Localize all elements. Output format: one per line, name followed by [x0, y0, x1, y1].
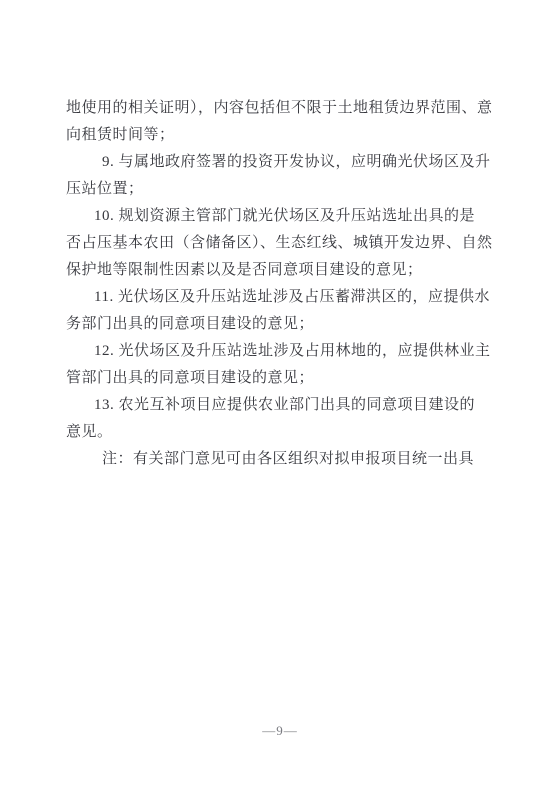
document-line-item-10: 10. 规划资源主管部门就光伏场区及升压站选址出具的是	[66, 203, 504, 230]
document-line: 地使用的相关证明），内容包括但不限于土地租赁边界范围、意	[66, 95, 504, 122]
document-text-block: 地使用的相关证明），内容包括但不限于土地租赁边界范围、意 向租赁时间等； 9. …	[66, 95, 504, 473]
document-page: 地使用的相关证明），内容包括但不限于土地租赁边界范围、意 向租赁时间等； 9. …	[0, 0, 560, 800]
document-line-item-11: 11. 光伏场区及升压站选址涉及占压蓄滞洪区的，应提供水	[66, 284, 504, 311]
document-line: 务部门出具的同意项目建设的意见；	[66, 311, 504, 338]
document-line-item-12: 12. 光伏场区及升压站选址涉及占用林地的，应提供林业主	[66, 338, 504, 365]
document-note-line: 注：有关部门意见可由各区组织对拟申报项目统一出具	[66, 446, 504, 473]
page-number: —9—	[0, 723, 560, 739]
document-line: 管部门出具的同意项目建设的意见；	[66, 365, 504, 392]
document-line: 压站位置；	[66, 176, 504, 203]
document-line: 向租赁时间等；	[66, 122, 504, 149]
document-line-item-13: 13. 农光互补项目应提供农业部门出具的同意项目建设的	[66, 392, 504, 419]
document-line: 否占压基本农田（含储备区）、生态红线、城镇开发边界、自然	[66, 230, 504, 257]
document-line: 意见。	[66, 419, 504, 446]
document-line-item-9: 9. 与属地政府签署的投资开发协议，应明确光伏场区及升	[66, 149, 504, 176]
document-line: 保护地等限制性因素以及是否同意项目建设的意见；	[66, 257, 504, 284]
